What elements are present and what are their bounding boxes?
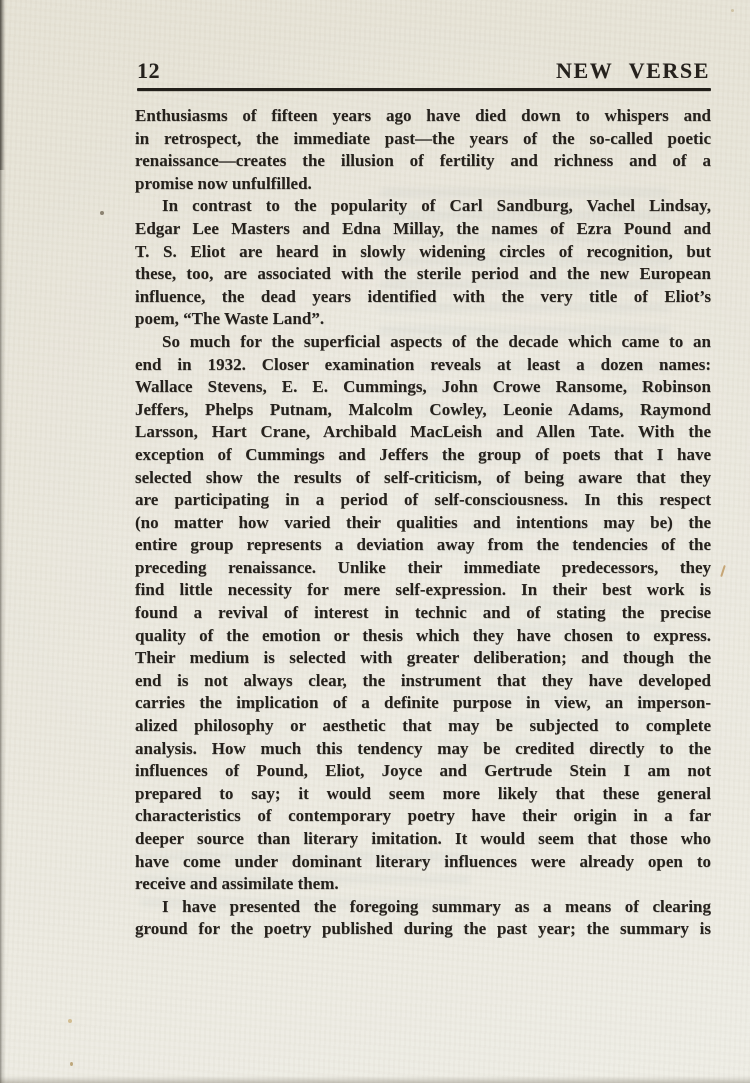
text-line: these, too, are associated with the ster… — [135, 263, 711, 286]
text-line: end is not always clear, the instrument … — [135, 670, 711, 693]
journal-title: NEW VERSE — [556, 58, 710, 84]
text-line: alized philosophy or aesthetic that may … — [135, 715, 711, 738]
scan-left-edge-shadow — [0, 0, 5, 170]
scan-bottom-edge-shadow — [0, 1076, 750, 1083]
text-line: Wallace Stevens, E. E. Cummings, John Cr… — [135, 376, 711, 399]
paper-speck — [70, 1062, 73, 1066]
text-line: have come under dominant literary influe… — [135, 851, 711, 874]
text-line: ground for the poetry published during t… — [135, 918, 711, 941]
page-number: 12 — [137, 58, 160, 84]
text-line: in retrospect, the immediate past—the ye… — [135, 128, 711, 151]
paragraph: Enthusiasms of fifteen years ago have di… — [135, 105, 711, 195]
text-line: are participating in a period of self-co… — [135, 489, 711, 512]
text-line: Larsson, Hart Crane, Archibald MacLeish … — [135, 421, 711, 444]
text-line: entire group represents a deviation away… — [135, 534, 711, 557]
header-rule — [137, 88, 711, 91]
text-line: prepared to say; it would seem more like… — [135, 783, 711, 806]
scanned-magazine-page: 12 NEW VERSE Enthusiasms of fifteen year… — [0, 0, 750, 1083]
paper-mark — [720, 565, 726, 577]
paper-speck — [731, 9, 734, 12]
article-body: Enthusiasms of fifteen years ago have di… — [135, 105, 711, 941]
text-line: So much for the superficial aspects of t… — [135, 331, 711, 354]
text-line: preceding renaissance. Unlike their imme… — [135, 557, 711, 580]
text-line: Their medium is selected with greater de… — [135, 647, 711, 670]
text-line: poem, “The Waste Land”. — [135, 308, 711, 331]
paragraph: I have presented the foregoing summary a… — [135, 896, 711, 941]
text-line: influence, the dead years identified wit… — [135, 286, 711, 309]
text-line: exception of Cummings and Jeffers the gr… — [135, 444, 711, 467]
text-line: selected show the results of self-critic… — [135, 467, 711, 490]
text-line: T. S. Eliot are heard in slowly widening… — [135, 241, 711, 264]
text-line: deeper source than literary imitation. I… — [135, 828, 711, 851]
paper-speck — [68, 1019, 72, 1023]
text-line: end in 1932. Closer examination reveals … — [135, 354, 711, 377]
text-line: (no matter how varied their qualities an… — [135, 512, 711, 535]
text-line: carries the implication of a definite pu… — [135, 692, 711, 715]
text-line: quality of the emotion or thesis which t… — [135, 625, 711, 648]
text-line: promise now unfulfilled. — [135, 173, 711, 196]
text-line: receive and assimilate them. — [135, 873, 711, 896]
paper-speck — [100, 211, 104, 215]
text-line: Enthusiasms of fifteen years ago have di… — [135, 105, 711, 128]
text-line: influences of Pound, Eliot, Joyce and Ge… — [135, 760, 711, 783]
text-line: renaissance—creates the illusion of fert… — [135, 150, 711, 173]
text-line: Edgar Lee Masters and Edna Millay, the n… — [135, 218, 711, 241]
text-line: found a revival of interest in technic a… — [135, 602, 711, 625]
text-line: Jeffers, Phelps Putnam, Malcolm Cowley, … — [135, 399, 711, 422]
paragraph: So much for the superficial aspects of t… — [135, 331, 711, 896]
text-line: I have presented the foregoing summary a… — [135, 896, 711, 919]
running-header: 12 NEW VERSE — [137, 58, 710, 84]
text-line: find little necessity for mere self-expr… — [135, 579, 711, 602]
text-line: analysis. How much this tendency may be … — [135, 738, 711, 761]
text-line: In contrast to the popularity of Carl Sa… — [135, 195, 711, 218]
paragraph: In contrast to the popularity of Carl Sa… — [135, 195, 711, 331]
text-line: characteristics of contemporary poetry h… — [135, 805, 711, 828]
